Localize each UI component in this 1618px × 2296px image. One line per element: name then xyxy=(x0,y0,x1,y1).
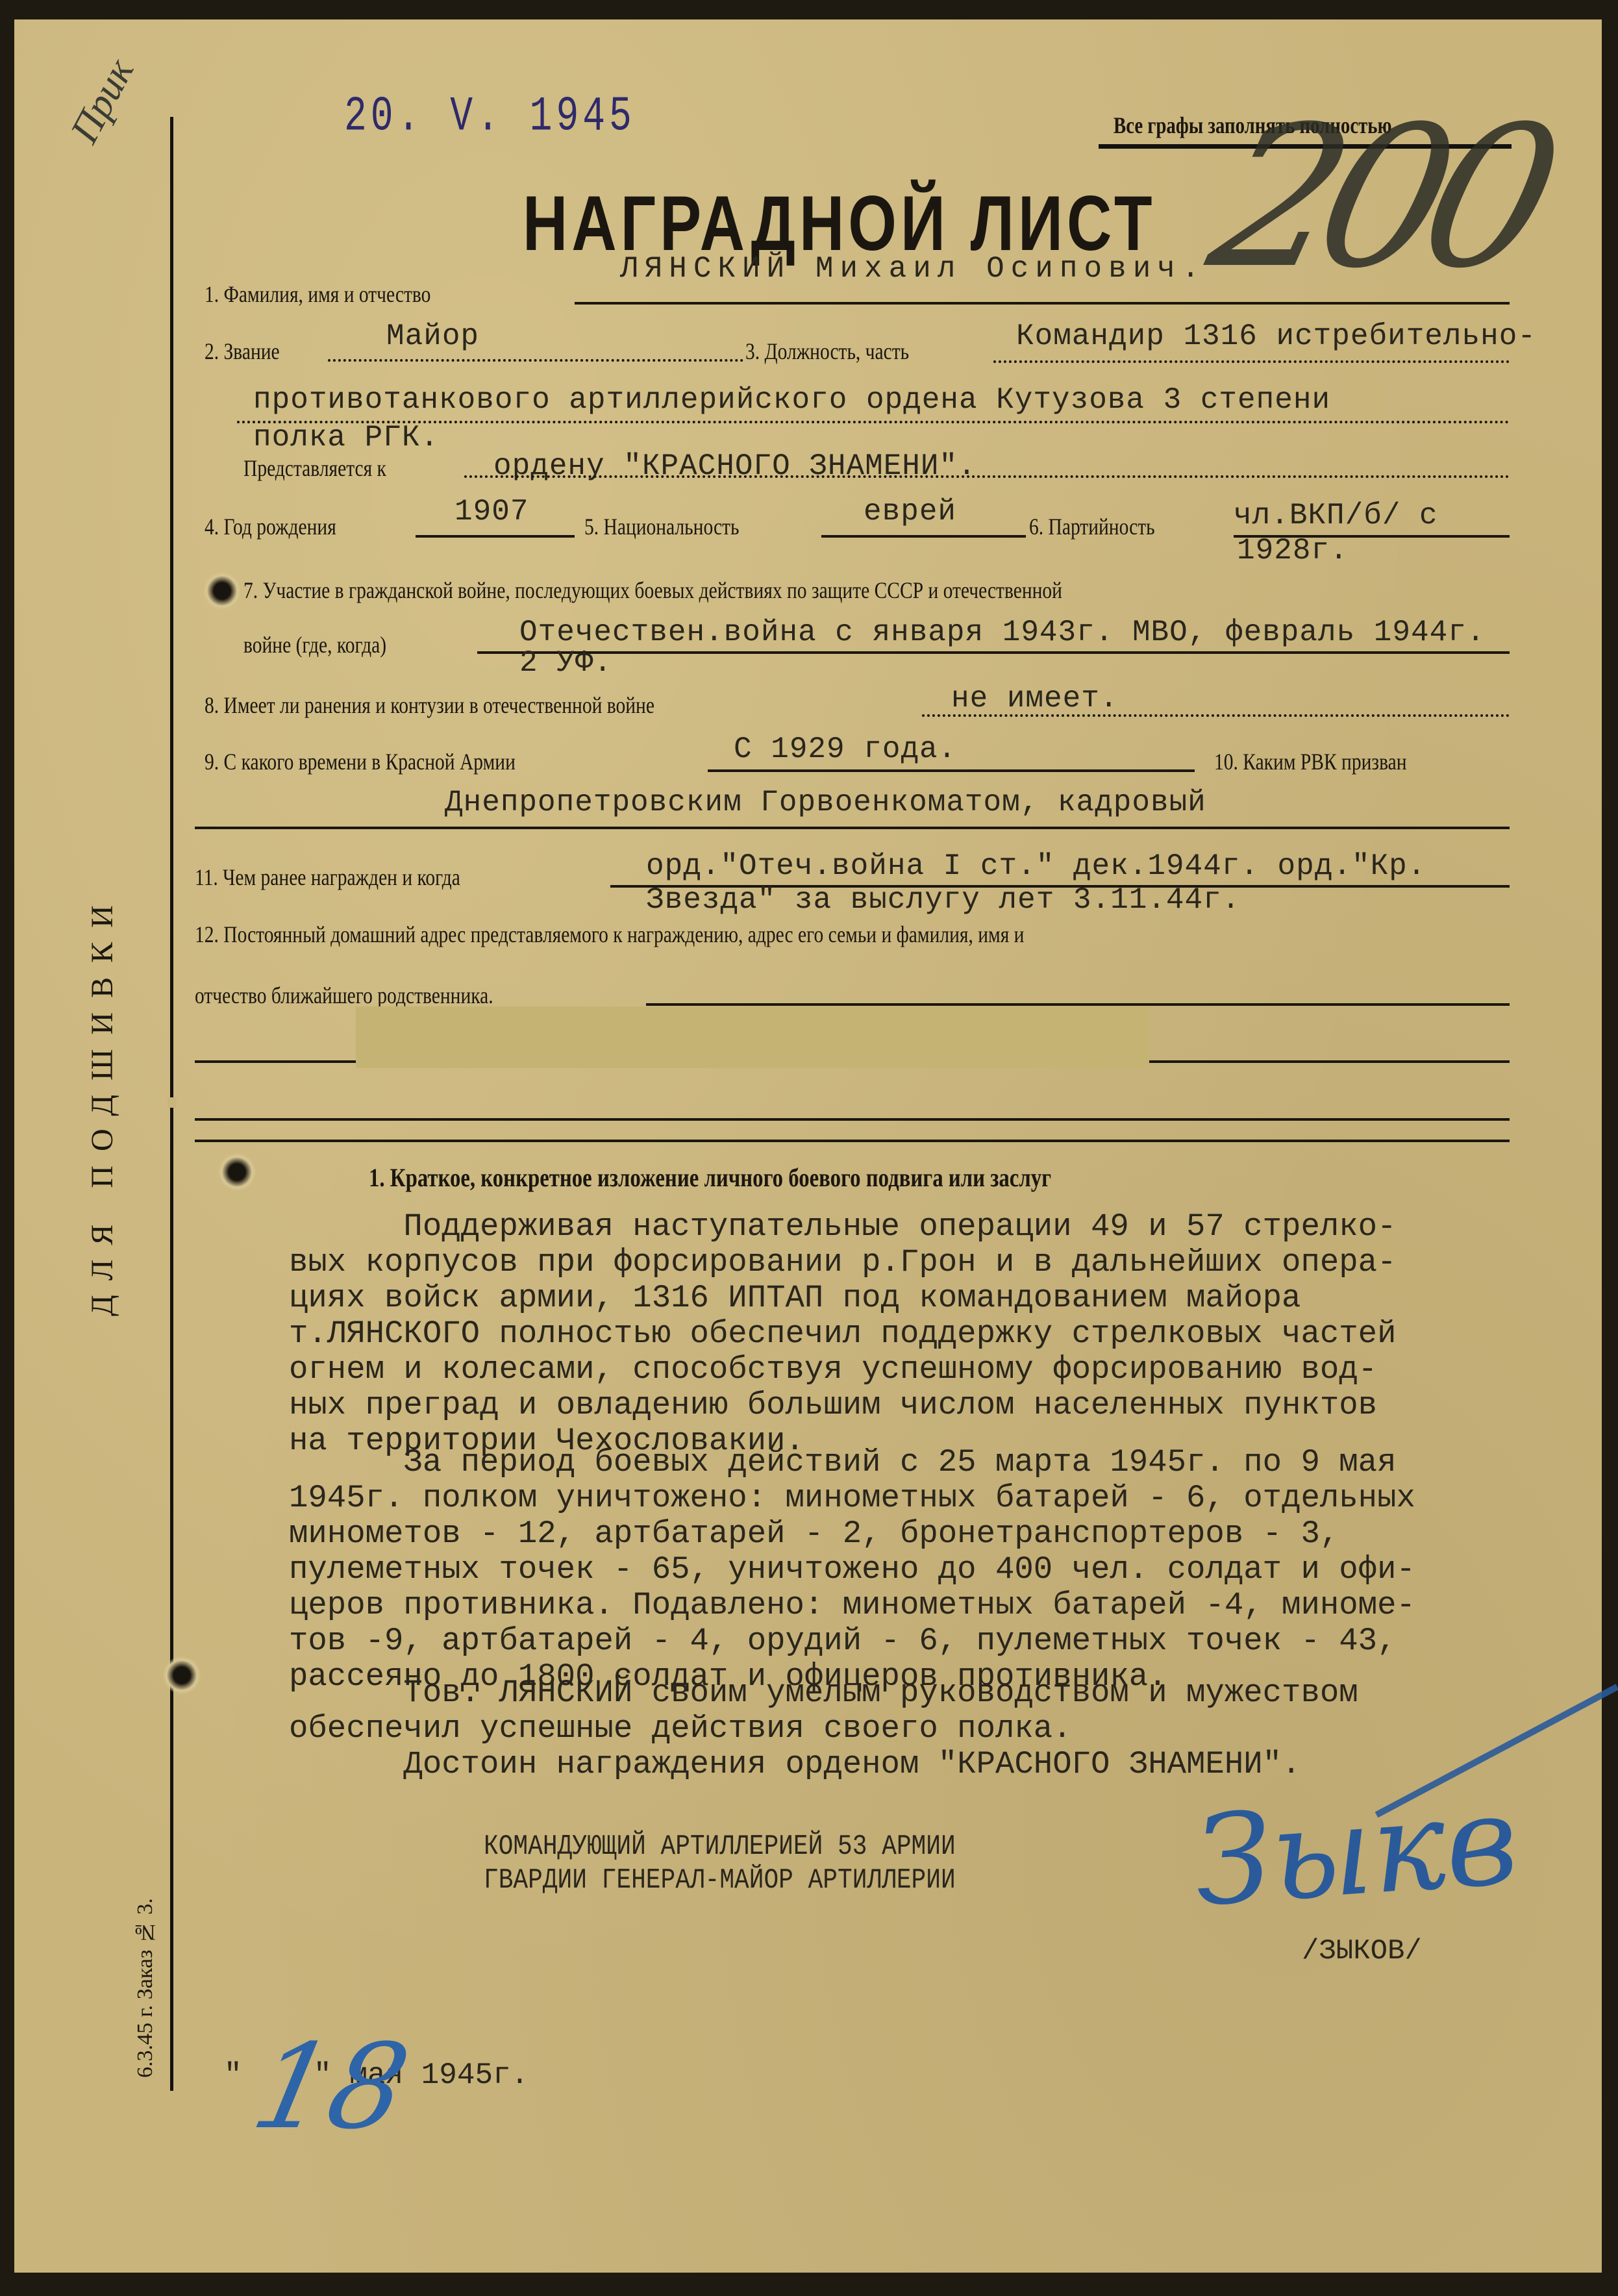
binding-label: ДЛЯ ПОДШИВКИ xyxy=(84,877,156,1331)
stamp-date: 20. V. 1945 xyxy=(344,90,636,145)
field-4-value: 1907 xyxy=(454,495,529,529)
field-12-label-line2: отчество ближайшего родственника. xyxy=(195,982,493,1009)
field-1-label: 1. Фамилия, имя и отчество xyxy=(205,281,430,308)
handwritten-number: 200 xyxy=(1192,84,1562,311)
field-7-label-line2: войне (где, когда) xyxy=(243,631,386,658)
section-1-paragraph-3: Тов. ЛЯНСКИЙ своим умелым руководством и… xyxy=(289,1675,1581,1747)
nominated-label: Представляется к xyxy=(243,455,386,482)
field-11-label: 11. Чем ранее награжден и когда xyxy=(195,864,460,891)
field-6-value-line2: 1928г. xyxy=(1237,534,1349,568)
field-3-value-line1: Командир 1316 истребительно- xyxy=(1016,319,1536,353)
punch-hole xyxy=(162,1656,201,1695)
field-8-value: не имеет. xyxy=(951,682,1118,716)
signer-name: /ЗЫКОВ/ xyxy=(1302,1935,1422,1967)
field-2-value: Майор xyxy=(386,319,479,353)
field-5-label: 5. Национальность xyxy=(584,513,739,540)
field-8-label: 8. Имеет ли ранения и контузии в отечест… xyxy=(205,692,654,719)
field-10-line xyxy=(195,827,1510,829)
punch-hole xyxy=(203,571,242,610)
field-6-value-line1: чл.ВКП/б/ с xyxy=(1234,499,1438,532)
field-2-line xyxy=(328,359,743,362)
field-3-value-line2: противотанкового артиллерийского ордена … xyxy=(253,383,1330,417)
section-1-paragraph-2: За период боевых действий с 25 марта 194… xyxy=(289,1445,1581,1695)
field-11-value-line1: орд."Отеч.война I ст." дек.1944г. орд."К… xyxy=(646,849,1426,883)
field-12-line3 xyxy=(195,1118,1510,1121)
signer-title: КОМАНДУЮЩИЙ АРТИЛЛЕРИЕЙ 53 АРМИИ ГВАРДИИ… xyxy=(484,1830,956,1897)
field-7-value-line1: Отечествен.война с января 1943г. МВО, фе… xyxy=(519,616,1485,649)
field-9-line xyxy=(708,769,1195,772)
signature-date-day: 18 xyxy=(242,2019,419,2155)
field-3-value-line3: полка РГК. xyxy=(253,421,439,455)
field-7-label-line1: 7. Участие в гражданской войне, последую… xyxy=(243,577,1062,604)
section-1-heading: 1. Краткое, конкретное изложение личного… xyxy=(369,1162,1051,1193)
field-12-line1 xyxy=(646,1003,1510,1006)
field-11-value-line2: Звезда" за выслугу лет 3.11.44г. xyxy=(646,883,1240,917)
field-1-value: ЛЯНСКИЙ Михаил Осипович. xyxy=(620,252,1206,286)
print-info: 6.3.45 г. Заказ № 3. xyxy=(133,1883,172,2078)
field-7-value-line2: 2 УФ. xyxy=(519,646,612,680)
field-5-line xyxy=(821,535,1026,538)
signature: Зыкв xyxy=(1190,1768,1522,1934)
field-1-line xyxy=(575,302,1510,305)
field-9-value: С 1929 года. xyxy=(734,732,956,766)
redacted-address xyxy=(356,1006,1149,1068)
field-3-label: 3. Должность, часть xyxy=(745,338,909,365)
nominated-line xyxy=(464,475,1510,478)
field-5-value: еврей xyxy=(864,495,956,529)
field-4-line xyxy=(416,535,575,538)
field-3-line1 xyxy=(993,360,1510,363)
field-4-label: 4. Год рождения xyxy=(205,513,336,540)
section-1-paragraph-1: Поддерживая наступательные операции 49 и… xyxy=(289,1209,1581,1459)
nominated-value: ордену "КРАСНОГО ЗНАМЕНИ". xyxy=(493,449,977,483)
binding-line-gap xyxy=(168,1097,177,1108)
punch-hole xyxy=(218,1153,256,1192)
field-8-line xyxy=(922,714,1510,717)
field-10-label: 10. Каким РВК призван xyxy=(1214,748,1407,775)
field-12-label-line1: 12. Постоянный домашний адрес представля… xyxy=(195,921,1024,948)
field-7-line xyxy=(477,651,1510,654)
field-6-label: 6. Партийность xyxy=(1029,513,1155,540)
field-9-label: 9. С какого времени в Красной Армии xyxy=(205,748,516,775)
field-2-label: 2. Звание xyxy=(205,338,280,365)
field-12-line4 xyxy=(195,1140,1510,1142)
field-10-value: Днепропетровским Горвоенкоматом, кадровы… xyxy=(445,786,1206,819)
